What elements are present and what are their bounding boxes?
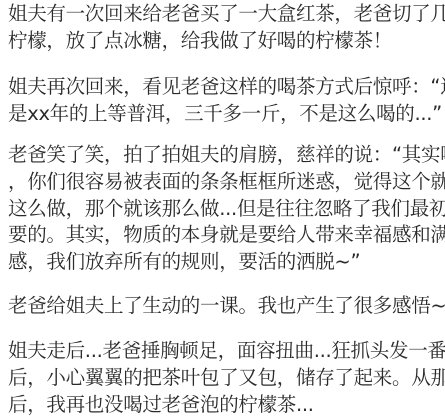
text-line: 柠檬，放了点冰糖，给我做了好喝的柠檬茶！ (8, 28, 440, 55)
text-line: 老爸笑了笑，拍了拍姐夫的肩膀，慈祥的说：“其实啊 (8, 142, 440, 169)
text-line: 姐夫有一次回来给老爸买了一大盒红茶，老爸切了几片 (8, 1, 440, 28)
text-line: 姐夫再次回来，看见老爸这样的喝茶方式后惊呼：“这 (8, 74, 440, 101)
text-line: 后，小心翼翼的把茶叶包了又包，储存了起来。从那以 (8, 365, 440, 392)
text-line: 是xx年的上等普洱，三千多一斤，不是这么喝的...” (8, 101, 440, 128)
text-line: 后，我再也没喝过老爸泡的柠檬茶... (8, 392, 440, 419)
paragraph-lesson: 老爸给姐夫上了生动的一课。我也产生了很多感悟~ (8, 293, 440, 320)
paragraph-exclaim: 姐夫再次回来，看见老爸这样的喝茶方式后惊呼：“这 是xx年的上等普洱，三千多一斤… (8, 74, 440, 128)
text-line: 感，我们放弃所有的规则，要活的洒脱~” (8, 249, 440, 276)
paragraph-father-speech: 老爸笑了笑，拍了拍姐夫的肩膀，慈祥的说：“其实啊 ，你们很容易被表面的条条框框所… (8, 142, 440, 276)
story-document: 姐夫有一次回来给老爸买了一大盒红茶，老爸切了几片 柠檬，放了点冰糖，给我做了好喝… (0, 0, 445, 419)
text-line: 这么做，那个就该那么做...但是往往忽略了我们最初想 (8, 196, 440, 223)
text-line: 姐夫走后...老爸捶胸顿足，面容扭曲...狂抓头发一番之 (8, 338, 440, 365)
text-line: 要的。其实，物质的本身就是要给人带来幸福感和满足 (8, 222, 440, 249)
text-line: ，你们很容易被表面的条条框框所迷惑，觉得这个就该 (8, 169, 440, 196)
paragraph-aftermath: 姐夫走后...老爸捶胸顿足，面容扭曲...狂抓头发一番之 后，小心翼翼的把茶叶包… (8, 338, 440, 418)
paragraph-gift-tea: 姐夫有一次回来给老爸买了一大盒红茶，老爸切了几片 柠檬，放了点冰糖，给我做了好喝… (8, 1, 440, 55)
text-line: 老爸给姐夫上了生动的一课。我也产生了很多感悟~ (8, 293, 440, 320)
